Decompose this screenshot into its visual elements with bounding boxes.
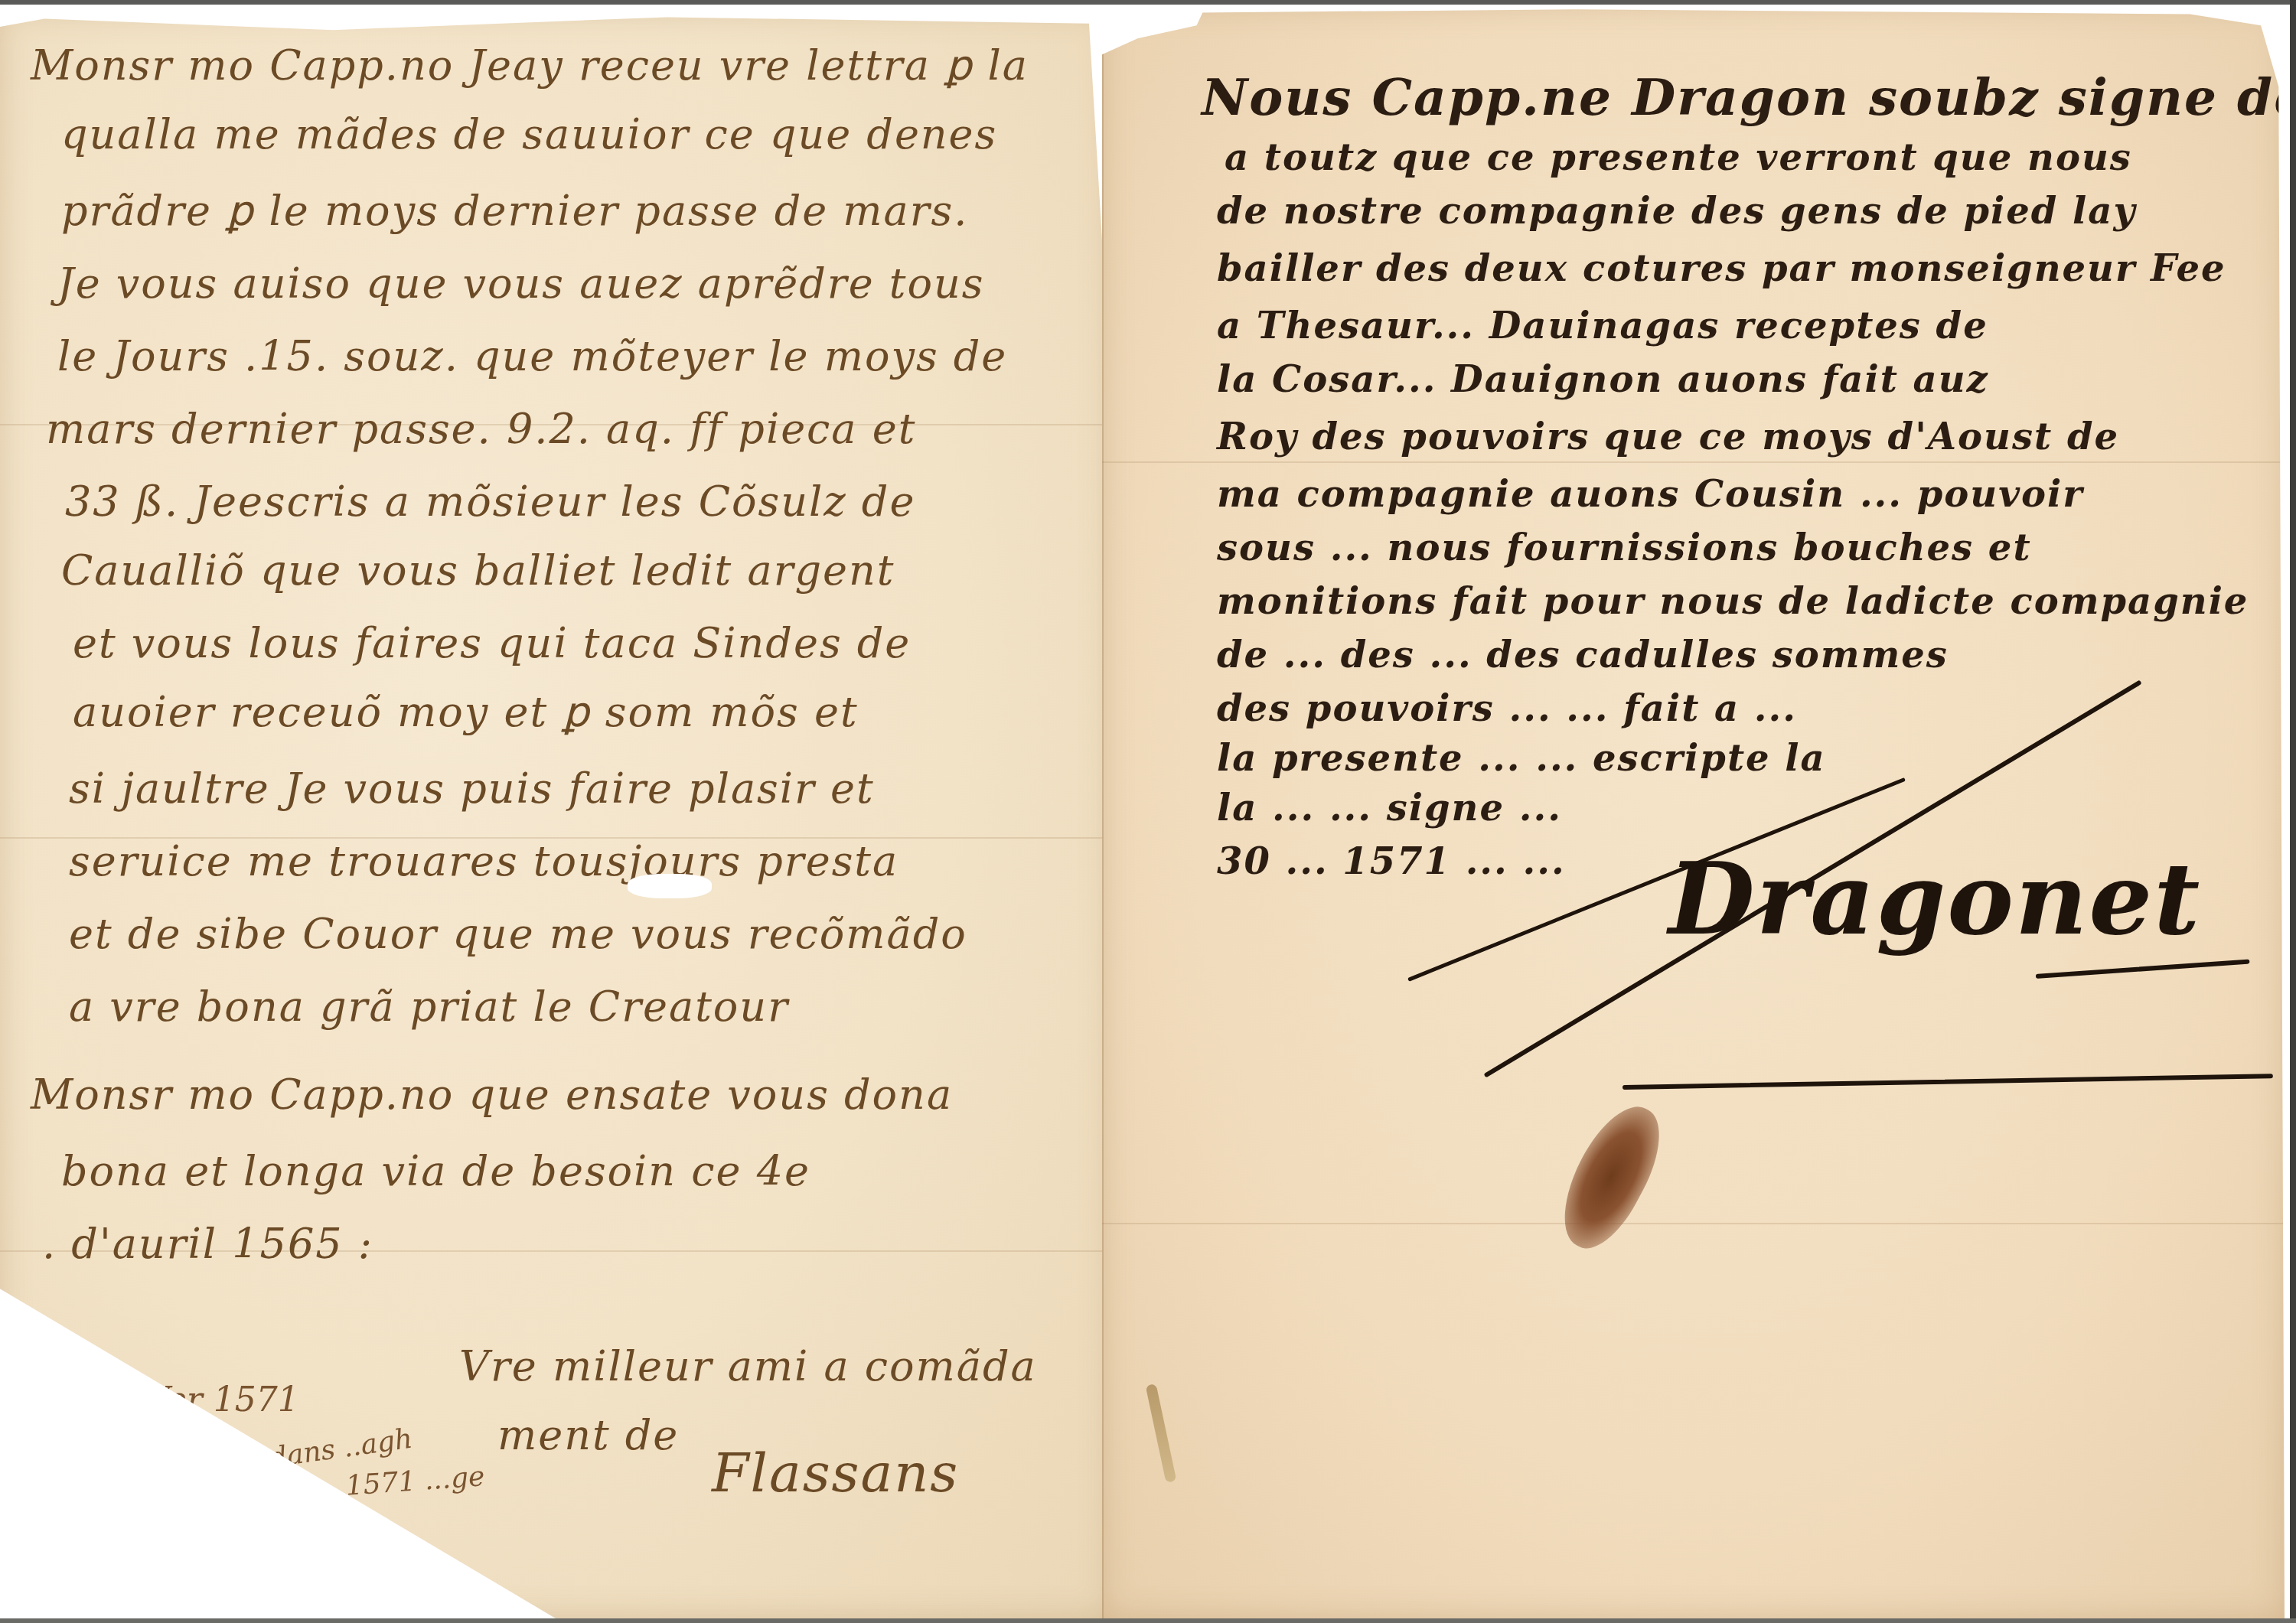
margin-annotation: en ... 1571 ...ge xyxy=(267,1461,486,1507)
scan-top-border xyxy=(0,0,2296,5)
letter-line: Roy des pouvoirs que ce moys d'Aoust de xyxy=(1217,416,2119,458)
letter-line: monitions fait pour nous de ladicte comp… xyxy=(1217,580,2249,623)
letter-line: bailler des deux cotures par monseigneur… xyxy=(1217,247,2226,290)
letter-line: bona et longa via de besoin ce 4e xyxy=(61,1147,810,1195)
letter-line: et vous lous faires qui taca Sindes de xyxy=(73,619,911,667)
right-letter-page: Nous Capp.ne Dragon soubz signe des tiff… xyxy=(1102,6,2285,1618)
signature-dragonet: Dragonet xyxy=(1668,840,2201,957)
letter-line: seruice me trouares tousjours presta xyxy=(69,837,899,885)
letter-line: a Thesaur... Dauinagas receptes de xyxy=(1217,305,1988,347)
scan-bottom-border xyxy=(0,1618,2296,1623)
letter-line: . d'auril 1565 : xyxy=(42,1220,373,1268)
letter-line: Je vous auiso que vous auez aprẽdre tous xyxy=(57,259,985,308)
letter-line: et de sibe Couor que me vous recõmãdo xyxy=(69,910,967,958)
paper-fold xyxy=(1102,1223,2285,1224)
signature-flassans: Flassans xyxy=(712,1442,959,1504)
letter-line: Monsr mo Capp.no que ensate vous dona xyxy=(31,1071,953,1119)
paper-fold xyxy=(1102,461,2285,463)
letter-line: Caualliõ que vous balliet ledit argent xyxy=(61,546,895,595)
signature-flourish xyxy=(1623,1074,2273,1090)
letter-line: la ... ... signe ... xyxy=(1217,787,1562,829)
letter-line: de ... des ... des cadulles sommes xyxy=(1217,634,1949,676)
binding-thread xyxy=(1146,1383,1177,1483)
scan-right-border xyxy=(2290,0,2296,1623)
signature-flourish xyxy=(2036,959,2250,979)
ink-stain xyxy=(1544,1093,1677,1261)
letter-line: auoier receuõ moy et ꝑ som mõs et xyxy=(73,688,859,736)
letter-line: ma compagnie auons Cousin ... pouvoir xyxy=(1217,473,2084,516)
letter-line: sous ... nous fournissions bouches et xyxy=(1217,526,2032,569)
letter-line: des pouvoirs ... ... fait a ... xyxy=(1217,687,1797,730)
letter-line: mars dernier passe. 9.2. aq. ff pieca et xyxy=(46,405,916,453)
letter-line: a vre bona grã priat le Creatour xyxy=(69,983,789,1031)
letter-line: si jaultre Je vous puis faire plasir et xyxy=(69,764,875,813)
left-letter-page: Monsr mo Capp.no Jeay receu vre lettra ꝑ… xyxy=(0,11,1111,1618)
letter-line: qualla me mãdes de sauuior ce que denes xyxy=(61,110,997,158)
letter-line: 33 ß. Jeescris a mõsieur les Cõsulz de xyxy=(65,477,915,526)
letter-line: le Jours .15. souz. que mõteyer le moys … xyxy=(57,332,1007,380)
letter-line: de nostre compagnie des gens de pied lay xyxy=(1217,190,2136,233)
margin-annotation: Ver 1571 xyxy=(145,1380,299,1419)
letter-line: a toutz que ce presente verront que nous xyxy=(1225,136,2132,179)
letter-closing: Vre milleur ami a comãda xyxy=(459,1342,1037,1390)
letter-line: Nous Capp.ne Dragon soubz signe des tiff… xyxy=(1202,67,2296,127)
page-edge xyxy=(1102,6,1104,1618)
paper-hole xyxy=(628,874,712,898)
letter-line: 30 ... 1571 ... ... xyxy=(1217,840,1566,883)
letter-closing: ment de xyxy=(497,1411,679,1459)
letter-line: la presente ... ... escripte la xyxy=(1217,737,1826,780)
letter-line: prãdre ꝑ le moys dernier passe de mars. xyxy=(61,187,968,235)
letter-line: Monsr mo Capp.no Jeay receu vre lettra ꝑ… xyxy=(31,41,1029,90)
letter-line: la Cosar... Dauignon auons fait auz xyxy=(1217,358,1989,401)
